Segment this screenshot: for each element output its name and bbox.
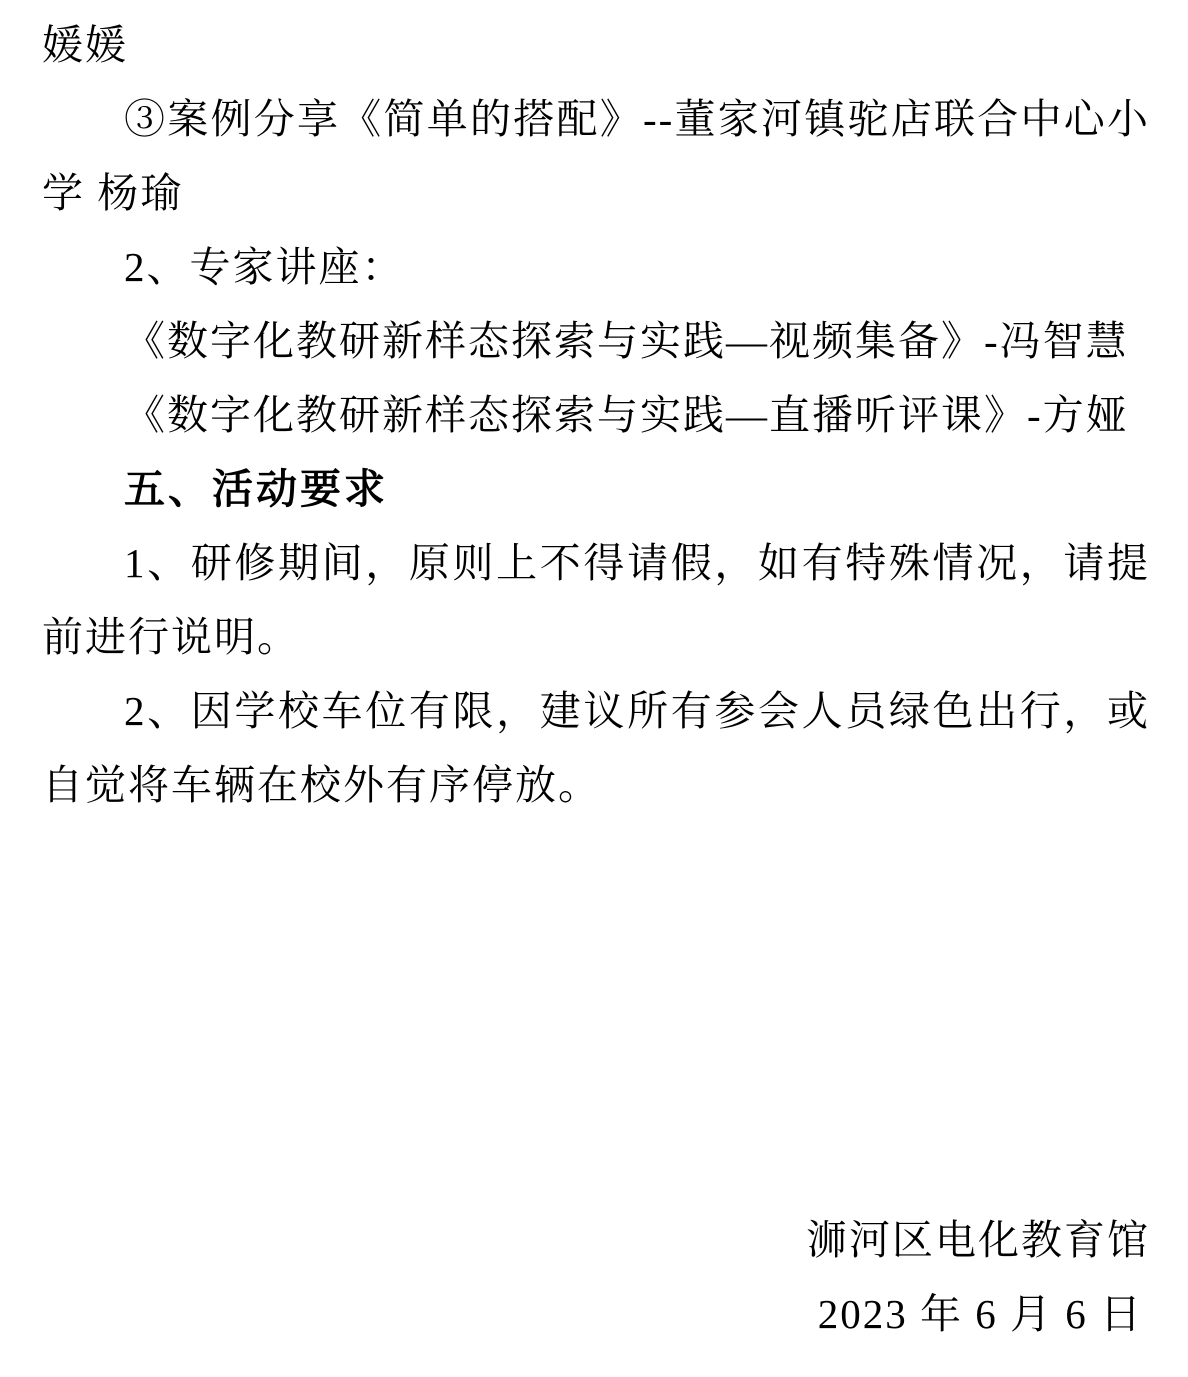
blank-space (42, 822, 1150, 1203)
section-5-heading: 五、活动要求 (42, 452, 1150, 526)
expert-lecture-heading: 2、专家讲座： (42, 230, 1150, 304)
case-share-line: ③案例分享《简单的搭配》--董家河镇驼店联合中心小 (42, 82, 1150, 156)
lecture-title-video-prep: 《数字化教研新样态探索与实践—视频集备》-冯智慧 (42, 304, 1150, 378)
signature-organization: 浉河区电化教育馆 (42, 1203, 1150, 1277)
requirement-2-line: 2、因学校车位有限，建议所有参会人员绿色出行，或 (42, 674, 1150, 748)
signature-date: 2023 年 6 月 6 日 (42, 1277, 1150, 1351)
lecture-title-live-review: 《数字化教研新样态探索与实践—直播听评课》-方娅 (42, 378, 1150, 452)
case-share-wrap-line: 学 杨瑜 (42, 156, 1150, 230)
document-page: 媛媛 ③案例分享《简单的搭配》--董家河镇驼店联合中心小 学 杨瑜 2、专家讲座… (0, 0, 1188, 1377)
paragraph-continuation-line: 媛媛 (42, 8, 1150, 82)
requirement-1-line: 1、研修期间，原则上不得请假，如有特殊情况，请提 (42, 526, 1150, 600)
signature-block: 浉河区电化教育馆 2023 年 6 月 6 日 (42, 1203, 1150, 1351)
requirement-1-wrap-line: 前进行说明。 (42, 600, 1150, 674)
requirement-2-wrap-line: 自觉将车辆在校外有序停放。 (42, 748, 1150, 822)
